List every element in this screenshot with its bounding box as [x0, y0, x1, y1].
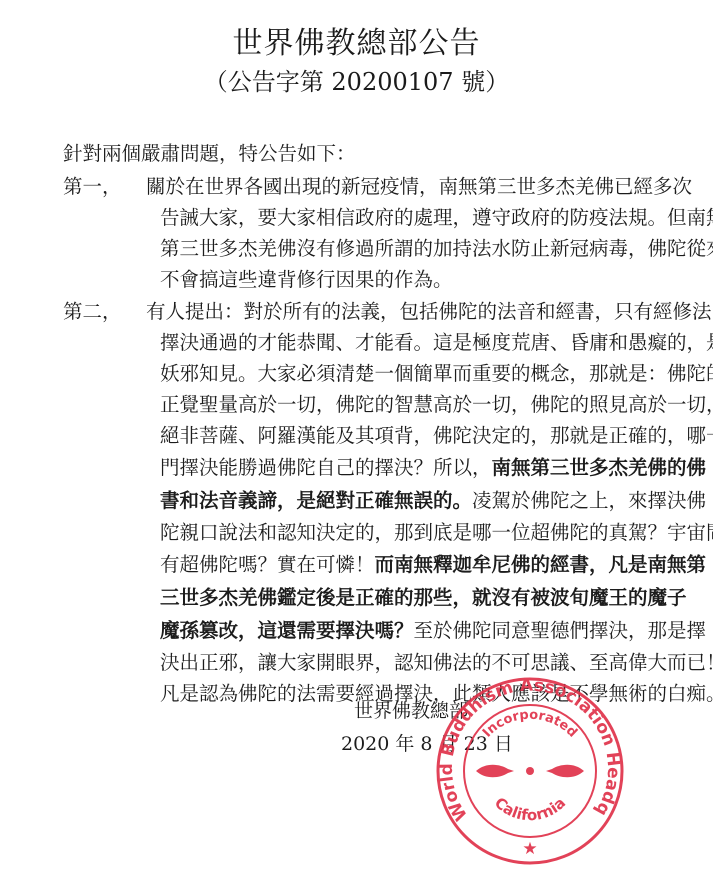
emphasized-text: 南無第三世多杰羌佛的佛 [492, 456, 707, 479]
text-line: 不會搞這些違背修行因果的作為。 [160, 264, 713, 295]
seal-star-icon: ★ [522, 839, 537, 859]
text-segment: 絕非菩薩、阿羅漢能及其項背，佛陀決定的，那就是正確的，哪一 [160, 424, 713, 447]
text-line: 告誡大家，要大家相信政府的處理，遵守政府的防疫法規。但南無 [160, 202, 713, 233]
seal-left-flame-icon [476, 765, 514, 778]
text-segment: 門擇決能勝過佛陀自己的擇決？所以， [160, 456, 492, 479]
text-line: 第三世多杰羌佛沒有修過所謂的加持法水防止新冠病毒，佛陀從來 [160, 233, 713, 264]
text-segment: 凌駕於佛陀之上，來擇決佛 [472, 489, 706, 512]
section-label: 第二， [63, 296, 122, 324]
section-body: 有人提出：對於所有的法義，包括佛陀的法音和經書，只有經修法擇決通過的才能恭聞、才… [160, 296, 713, 709]
text-segment: 第三世多杰羌佛沒有修過所謂的加持法水防止新冠病毒，佛陀從來 [160, 237, 713, 260]
text-segment: 正覺聖量高於一切，佛陀的智慧高於一切，佛陀的照見高於一切， [160, 393, 713, 416]
text-line: 有人提出：對於所有的法義，包括佛陀的法音和經書，只有經修法 [146, 296, 713, 327]
text-line: 陀親口說法和認知決定的，那到底是哪一位超佛陀的真駕？宇宙間 [160, 517, 713, 548]
intro-paragraph: 針對兩個嚴肅問題，特公告如下： [63, 138, 356, 166]
emphasized-text: 魔孫篡改，這還需要擇決嗎？ [160, 619, 414, 642]
text-line: 絕非菩薩、阿羅漢能及其項背，佛陀決定的，那就是正確的，哪一 [160, 420, 713, 451]
text-line: 魔孫篡改，這還需要擇決嗎？至於佛陀同意聖德們擇決，那是擇 [160, 614, 713, 647]
seal-outer-text: World Buddhism Association Headquarters [434, 676, 623, 824]
text-line: 書和法音義諦，是絕對正確無誤的。凌駕於佛陀之上，來擇決佛 [160, 484, 713, 517]
official-seal-stamp: World Buddhism Association Headquarters … [434, 676, 626, 872]
section-label: 第一， [63, 171, 122, 199]
text-line: 擇決通過的才能恭聞、才能看。這是極度荒唐、昏庸和愚癡的，是 [160, 327, 713, 358]
text-segment: 有人提出：對於所有的法義，包括佛陀的法音和經書，只有經修法 [146, 300, 712, 323]
text-line: 三世多杰羌佛鑑定後是正確的那些，就沒有被波旬魔王的魔子 [160, 581, 713, 614]
text-line: 決出正邪，讓大家開眼界，認知佛法的不可思議、至高偉大而已！ [160, 647, 713, 678]
section-body: 關於在世界各國出現的新冠疫情，南無第三世多杰羌佛已經多次告誡大家，要大家相信政府… [160, 171, 713, 295]
seal-inner-bottom-text: California [491, 794, 569, 825]
emphasized-text: 三世多杰羌佛鑑定後是正確的那些，就沒有被波旬魔王的魔子 [160, 586, 687, 609]
text-segment: 擇決通過的才能恭聞、才能看。這是極度荒唐、昏庸和愚癡的，是 [160, 331, 713, 354]
text-segment: 不會搞這些違背修行因果的作為。 [160, 268, 453, 291]
text-segment: 決出正邪，讓大家開眼界，認知佛法的不可思議、至高偉大而已！ [160, 651, 713, 674]
text-segment: 至於佛陀同意聖德們擇決，那是擇 [414, 619, 707, 642]
text-line: 正覺聖量高於一切，佛陀的智慧高於一切，佛陀的照見高於一切， [160, 389, 713, 420]
text-line: 門擇決能勝過佛陀自己的擇決？所以，南無第三世多杰羌佛的佛 [160, 451, 713, 484]
seal-inner-top-text: Incorporated [480, 708, 580, 741]
seal-right-flame-icon [546, 765, 584, 778]
seal-center-dot-icon [526, 767, 534, 775]
page-title: 世界佛教總部公告 [0, 18, 713, 62]
text-line: 妖邪知見。大家必須清楚一個簡單而重要的概念，那就是：佛陀的 [160, 358, 713, 389]
text-line: 有超佛陀嗎？實在可憐！而南無釋迦牟尼佛的經書，凡是南無第 [160, 548, 713, 581]
text-segment: 關於在世界各國出現的新冠疫情，南無第三世多杰羌佛已經多次 [146, 175, 692, 198]
text-segment: 陀親口說法和認知決定的，那到底是哪一位超佛陀的真駕？宇宙間 [160, 521, 713, 544]
emphasized-text: 書和法音義諦，是絕對正確無誤的。 [160, 489, 472, 512]
text-segment: 告誡大家，要大家相信政府的處理，遵守政府的防疫法規。但南無 [160, 206, 713, 229]
emphasized-text: 而南無釋迦牟尼佛的經書，凡是南無第 [375, 553, 707, 576]
text-segment: 妖邪知見。大家必須清楚一個簡單而重要的概念，那就是：佛陀的 [160, 362, 713, 385]
announcement-number: （公告字第 20200107 號） [0, 62, 713, 97]
text-segment: 有超佛陀嗎？實在可憐！ [160, 553, 375, 576]
text-line: 關於在世界各國出現的新冠疫情，南無第三世多杰羌佛已經多次 [146, 171, 713, 202]
